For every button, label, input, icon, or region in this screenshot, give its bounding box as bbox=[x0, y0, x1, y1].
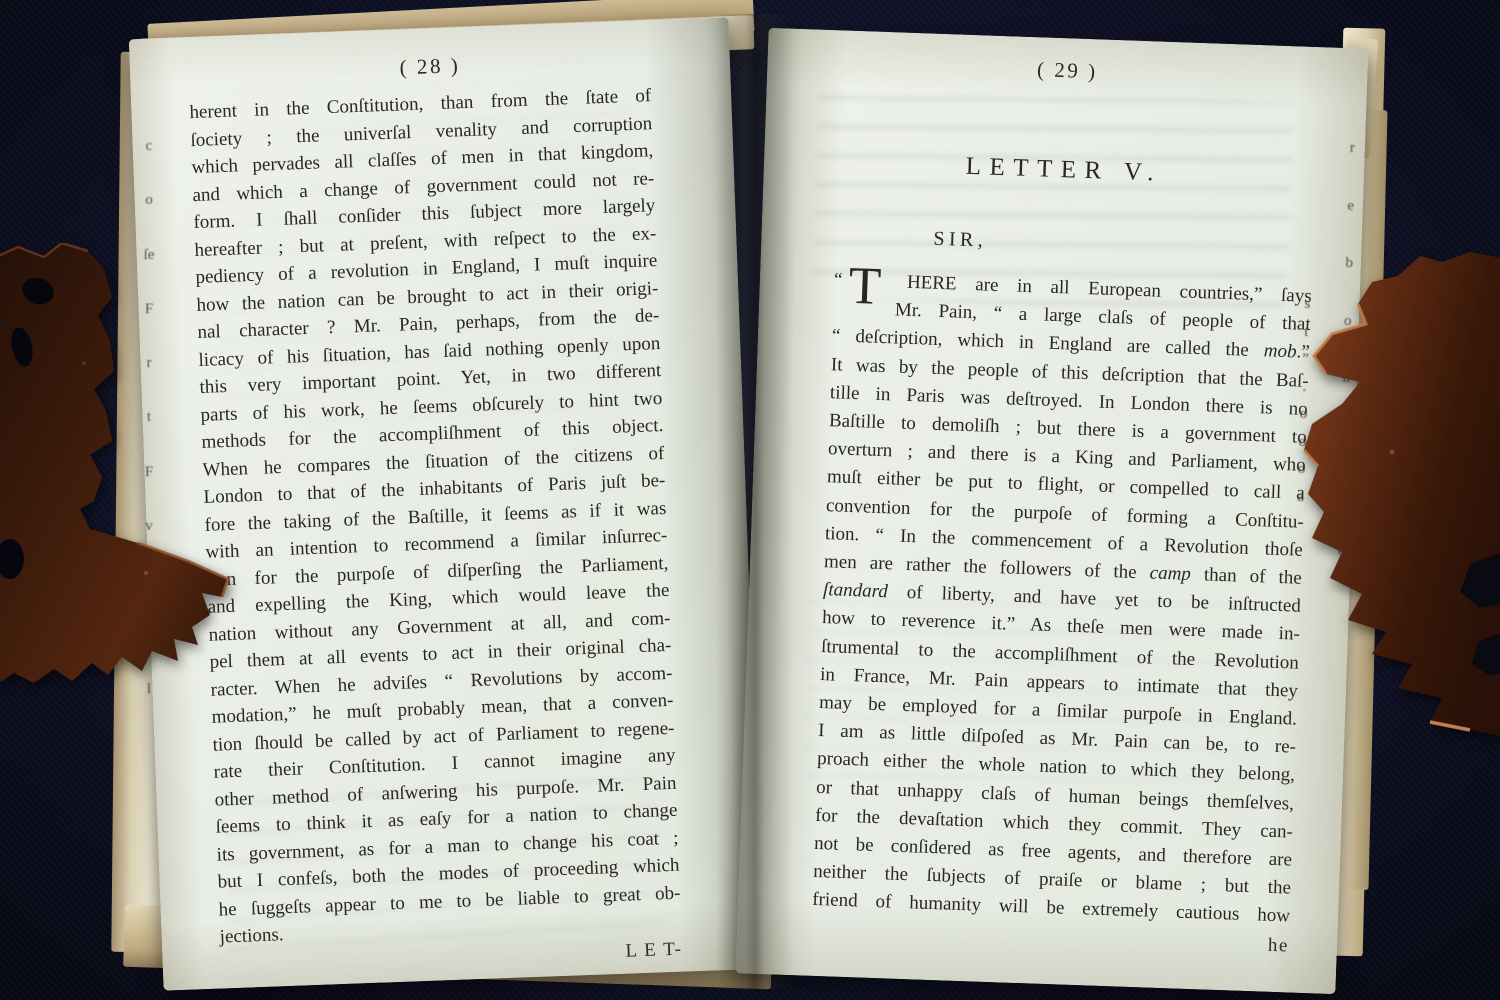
right-page-lines: “ HERE are in all European countries,” ſ… bbox=[812, 266, 1312, 931]
right-clasp bbox=[1302, 252, 1500, 742]
letter-heading: LETTER V. bbox=[764, 146, 1365, 195]
page-number-right: ( 29 ) bbox=[767, 48, 1368, 94]
text-line: c bbox=[138, 138, 160, 155]
text-line-fragment: jections. bbox=[219, 924, 284, 947]
photograph-scene: ( 28 ) herent in the Conſtitution, than … bbox=[0, 0, 1500, 1000]
right-page: ( 29 ) LETTER V. SIR, T “ HERE are in al… bbox=[736, 28, 1369, 994]
right-page-text: T “ HERE are in all European countries,”… bbox=[811, 266, 1312, 960]
left-page-text: herent in the Conſtitution, than from th… bbox=[189, 82, 683, 979]
salutation: SIR, bbox=[933, 228, 988, 253]
text-line-fragment: mob bbox=[1263, 341, 1296, 363]
text-line-fragment: camp bbox=[1149, 562, 1191, 584]
left-clasp bbox=[0, 243, 236, 693]
text-line-fragment: e bbox=[1347, 198, 1354, 214]
left-page-lines: herent in the Conſtitution, than from th… bbox=[189, 82, 682, 951]
text-line: r bbox=[1343, 140, 1361, 157]
drop-cap: T bbox=[848, 260, 882, 314]
text-line-fragment: c bbox=[146, 138, 153, 154]
text-line: e bbox=[1342, 197, 1360, 214]
text-line: o bbox=[138, 192, 160, 209]
text-line-fragment: ſtandard bbox=[823, 579, 888, 602]
text-line-fragment: than of the bbox=[1190, 564, 1302, 589]
text-line-fragment: r bbox=[1350, 140, 1355, 156]
text-line-fragment: o bbox=[145, 192, 153, 208]
